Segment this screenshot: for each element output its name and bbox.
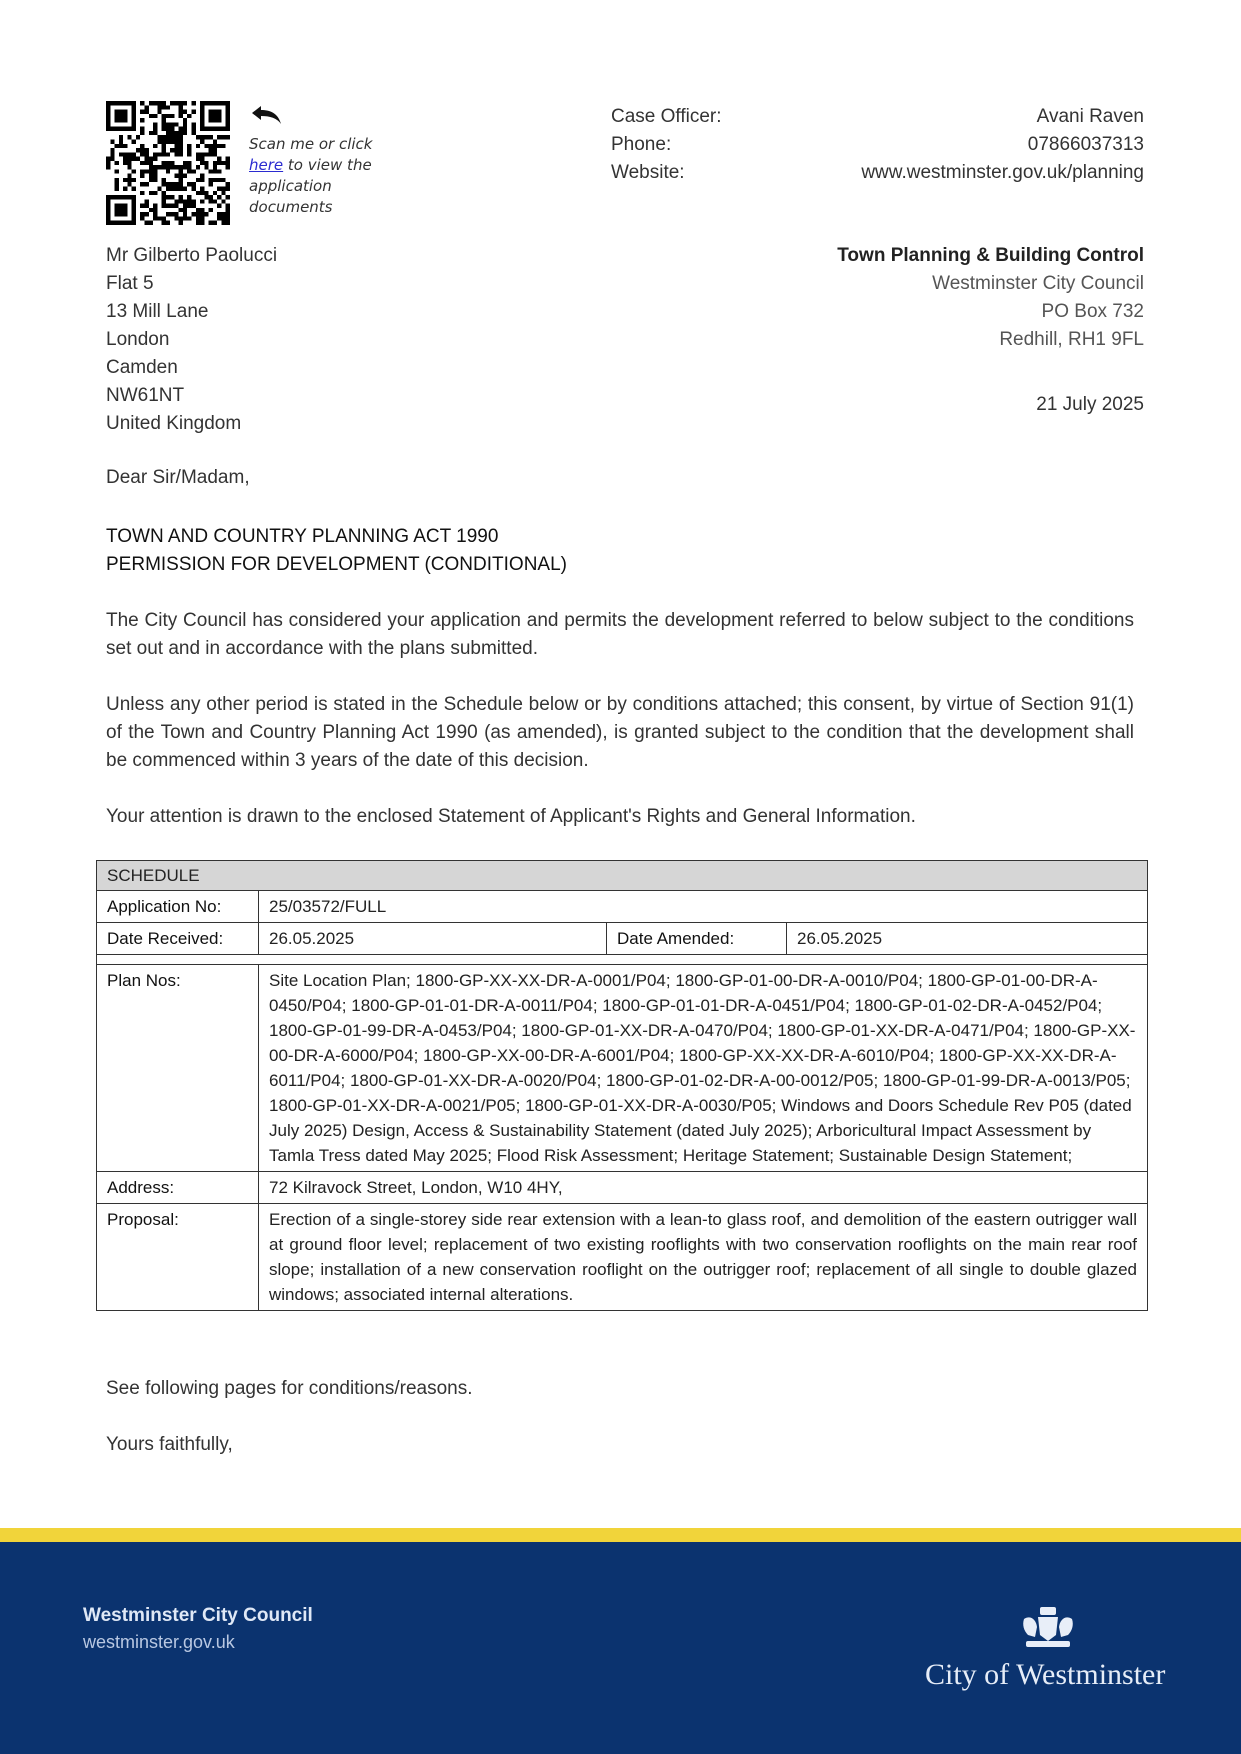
- date-received-label: Date Received:: [97, 923, 259, 955]
- paragraph-consideration: The City Council has considered your app…: [106, 607, 1134, 663]
- schedule-table: SCHEDULE Application No: 25/03572/FULL D…: [96, 860, 1148, 1311]
- website-link[interactable]: www.westminster.gov.uk/planning: [861, 159, 1144, 187]
- salutation: Dear Sir/Madam,: [106, 467, 250, 489]
- qr-code-icon[interactable]: [106, 101, 230, 225]
- recipient-line: 13 Mill Lane: [106, 298, 277, 326]
- department-name: Town Planning & Building Control: [837, 242, 1144, 270]
- footer-org-name: Westminster City Council: [83, 1605, 313, 1627]
- letter-date: 21 July 2025: [1036, 394, 1144, 416]
- schedule-header-row: SCHEDULE: [97, 861, 1148, 891]
- plan-nos-label: Plan Nos:: [97, 965, 259, 1172]
- footer-stripe: [0, 1528, 1241, 1542]
- footer-url: westminster.gov.uk: [83, 1632, 235, 1653]
- coat-of-arms-icon: [1018, 1605, 1078, 1653]
- letter-heading: TOWN AND COUNTRY PLANNING ACT 1990 PERMI…: [106, 523, 567, 579]
- council-address: Town Planning & Building Control Westmin…: [837, 242, 1144, 354]
- schedule-title: SCHEDULE: [97, 861, 1148, 891]
- see-following-text: See following pages for conditions/reaso…: [106, 1378, 473, 1400]
- council-line: Redhill, RH1 9FL: [837, 326, 1144, 354]
- contact-label: Website:: [611, 159, 685, 187]
- recipient-line: London: [106, 326, 277, 354]
- recipient-line: Mr Gilberto Paolucci: [106, 242, 277, 270]
- paragraph-time-limit: Unless any other period is stated in the…: [106, 691, 1134, 775]
- paragraph-attention: Your attention is drawn to the enclosed …: [106, 803, 1134, 831]
- proposal-value: Erection of a single-storey side rear ex…: [259, 1204, 1148, 1311]
- recipient-address: Mr Gilberto Paolucci Flat 5 13 Mill Lane…: [106, 242, 277, 438]
- contact-row-phone: Phone: 07866037313: [611, 131, 1144, 159]
- table-row: Application No: 25/03572/FULL: [97, 891, 1148, 923]
- council-line: Westminster City Council: [837, 270, 1144, 298]
- date-received-value: 26.05.2025: [259, 923, 607, 955]
- recipient-line: Camden: [106, 354, 277, 382]
- case-officer-name: Avani Raven: [1037, 103, 1144, 131]
- table-row: Proposal: Erection of a single-storey si…: [97, 1204, 1148, 1311]
- contact-row-case-officer: Case Officer: Avani Raven: [611, 103, 1144, 131]
- table-row: Address: 72 Kilravock Street, London, W1…: [97, 1172, 1148, 1204]
- application-no-value: 25/03572/FULL: [259, 891, 1148, 923]
- date-amended-label: Date Amended:: [607, 923, 787, 955]
- sign-off: Yours faithfully,: [106, 1434, 233, 1456]
- contact-details: Case Officer: Avani Raven Phone: 0786603…: [611, 103, 1144, 187]
- spacer-cell: [97, 955, 1148, 965]
- address-value: 72 Kilravock Street, London, W10 4HY,: [259, 1172, 1148, 1204]
- heading-act: TOWN AND COUNTRY PLANNING ACT 1990: [106, 523, 567, 551]
- contact-row-website: Website: www.westminster.gov.uk/planning: [611, 159, 1144, 187]
- contact-label: Case Officer:: [611, 103, 722, 131]
- table-row: Date Received: 26.05.2025 Date Amended: …: [97, 923, 1148, 955]
- documents-link[interactable]: here: [249, 156, 283, 174]
- date-amended-value: 26.05.2025: [787, 923, 1148, 955]
- heading-permission: PERMISSION FOR DEVELOPMENT (CONDITIONAL): [106, 551, 567, 579]
- application-no-label: Application No:: [97, 891, 259, 923]
- curved-arrow-left-icon: [250, 104, 284, 128]
- recipient-line: United Kingdom: [106, 410, 277, 438]
- plan-nos-value: Site Location Plan; 1800-GP-XX-XX-DR-A-0…: [259, 965, 1148, 1172]
- proposal-label: Proposal:: [97, 1204, 259, 1311]
- table-spacer-row: [97, 955, 1148, 965]
- table-row: Plan Nos: Site Location Plan; 1800-GP-XX…: [97, 965, 1148, 1172]
- address-label: Address:: [97, 1172, 259, 1204]
- council-line: PO Box 732: [837, 298, 1144, 326]
- contact-label: Phone:: [611, 131, 671, 159]
- qr-caption-text: Scan me or click: [249, 135, 372, 153]
- recipient-line: Flat 5: [106, 270, 277, 298]
- recipient-line: NW61NT: [106, 382, 277, 410]
- phone-number: 07866037313: [1028, 131, 1144, 159]
- footer-city-name: City of Westminster: [925, 1658, 1165, 1692]
- qr-caption: Scan me or click here to view the applic…: [249, 134, 389, 218]
